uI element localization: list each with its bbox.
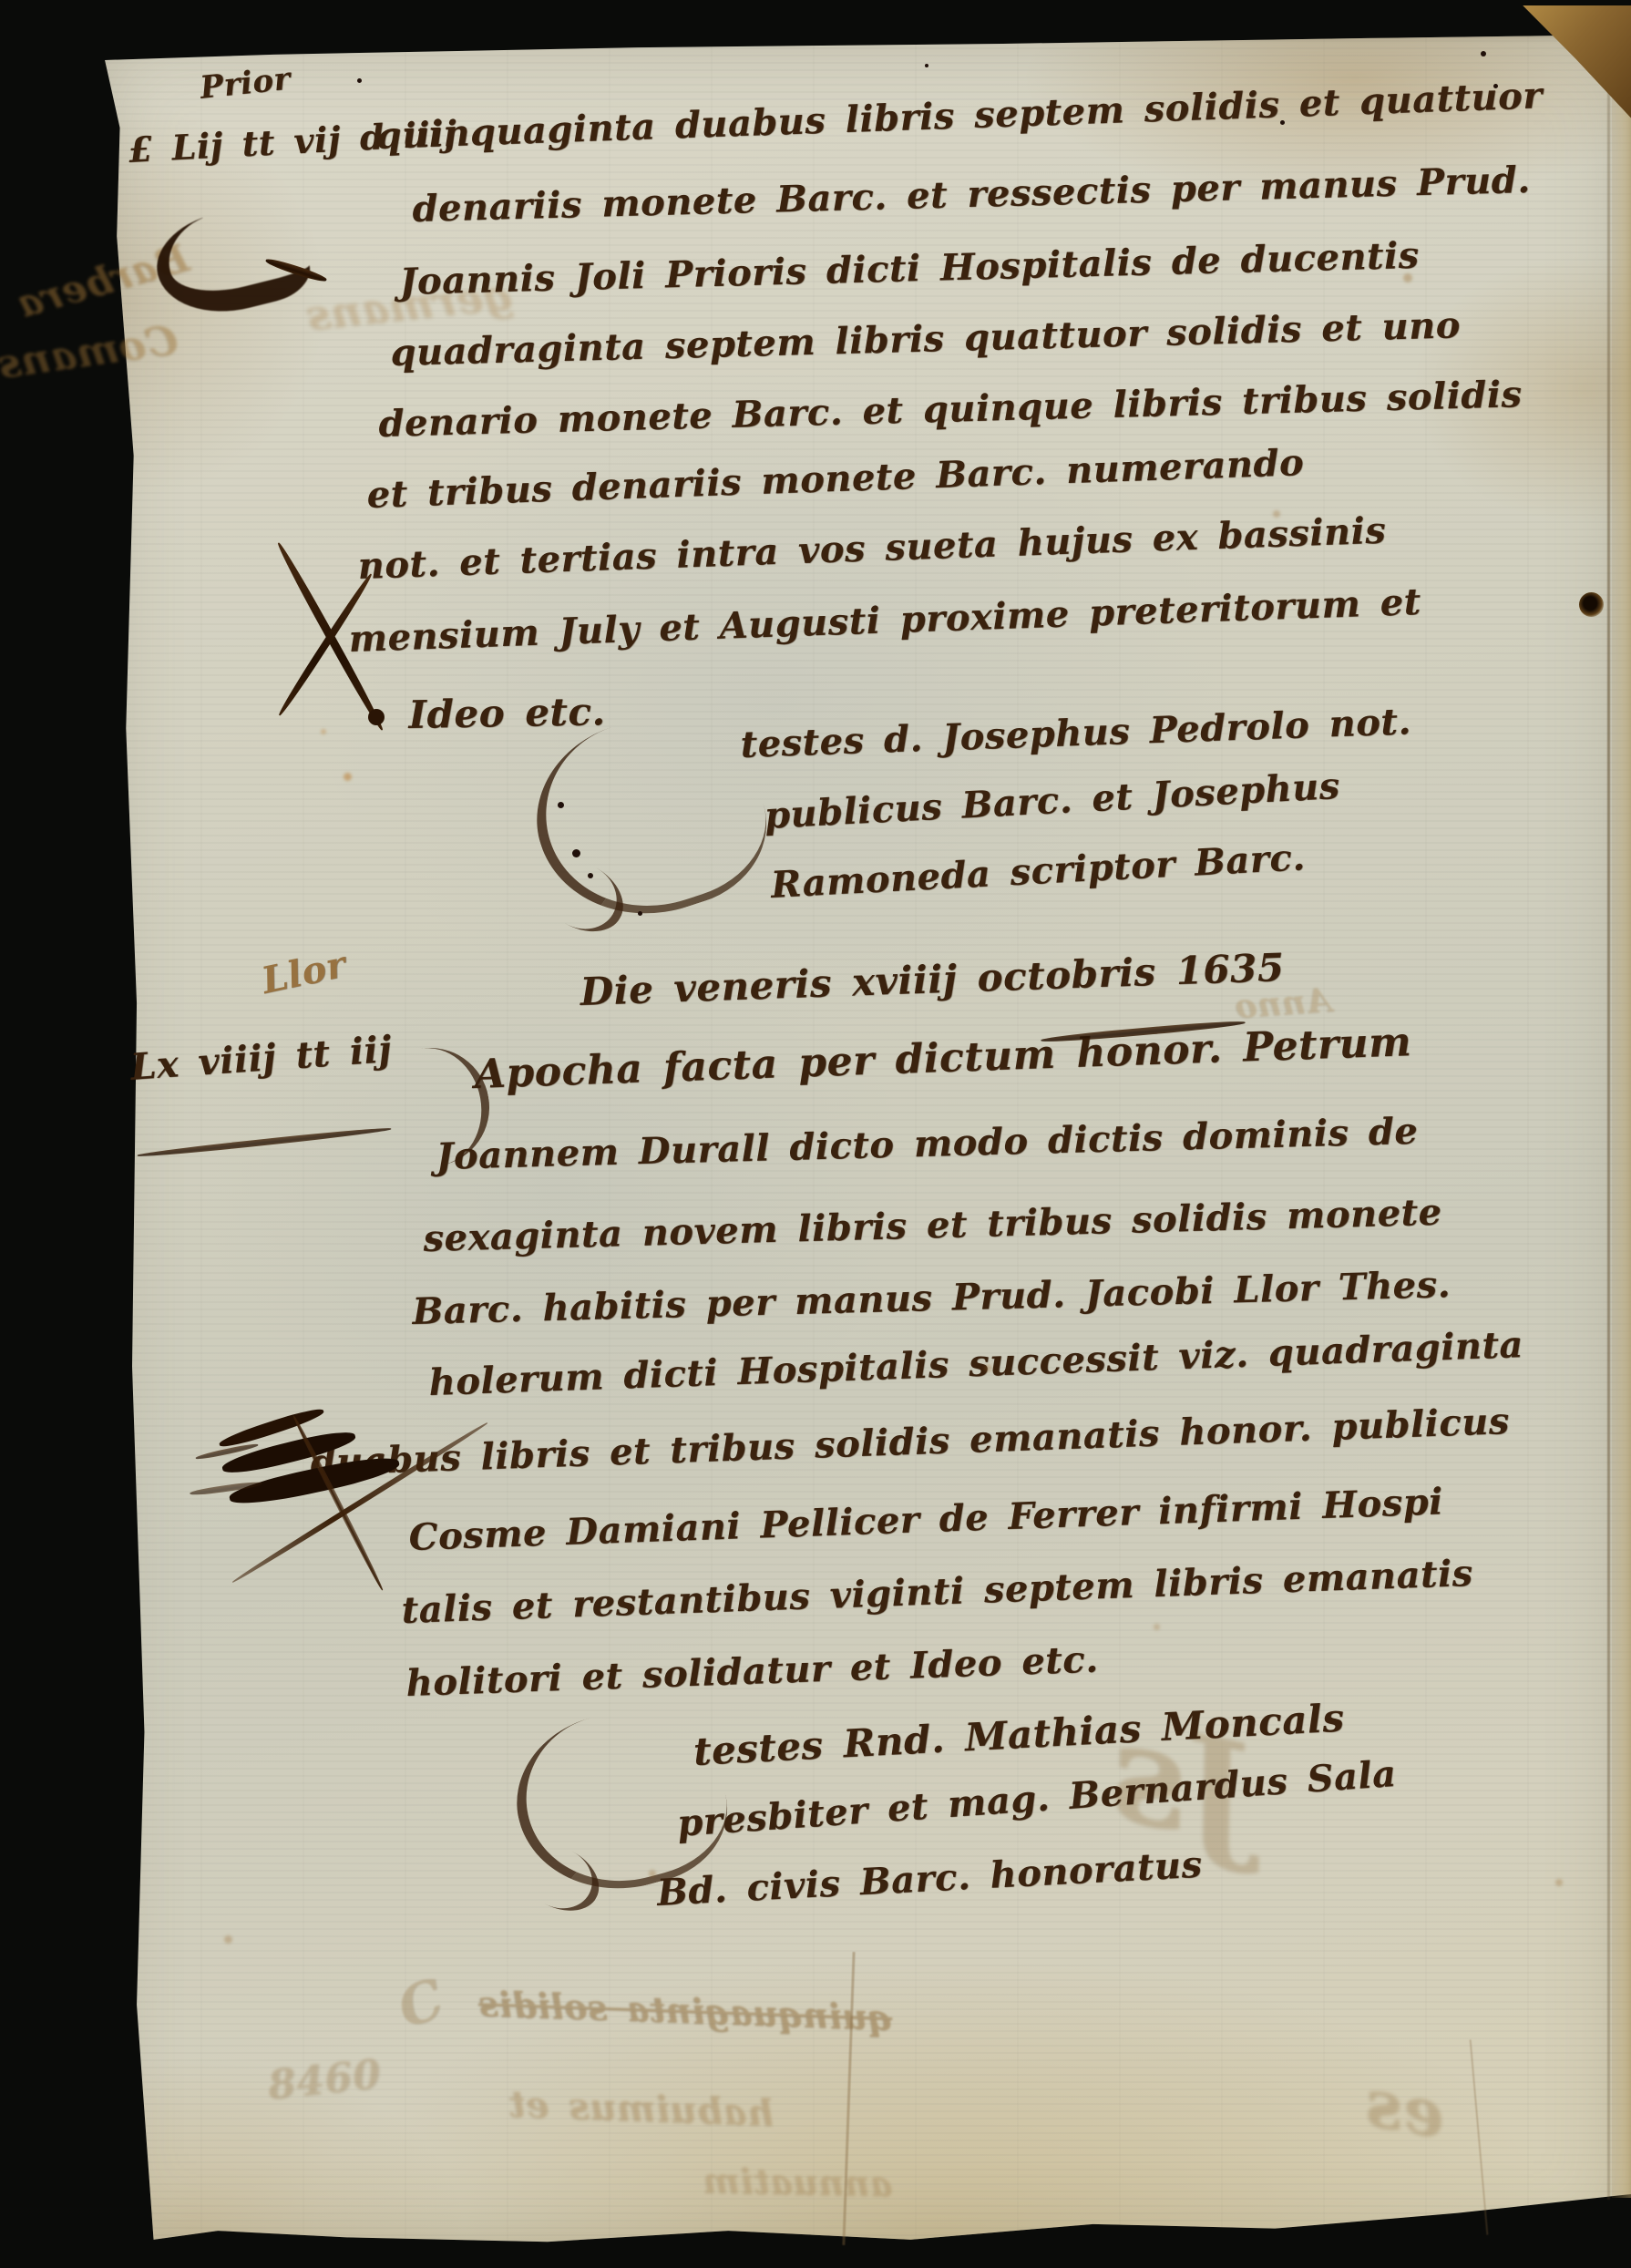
photograph-background: BarberaComansgermansAnnoquinquaginta sol… [0,0,1631,2268]
manuscript-page [98,35,1631,2251]
